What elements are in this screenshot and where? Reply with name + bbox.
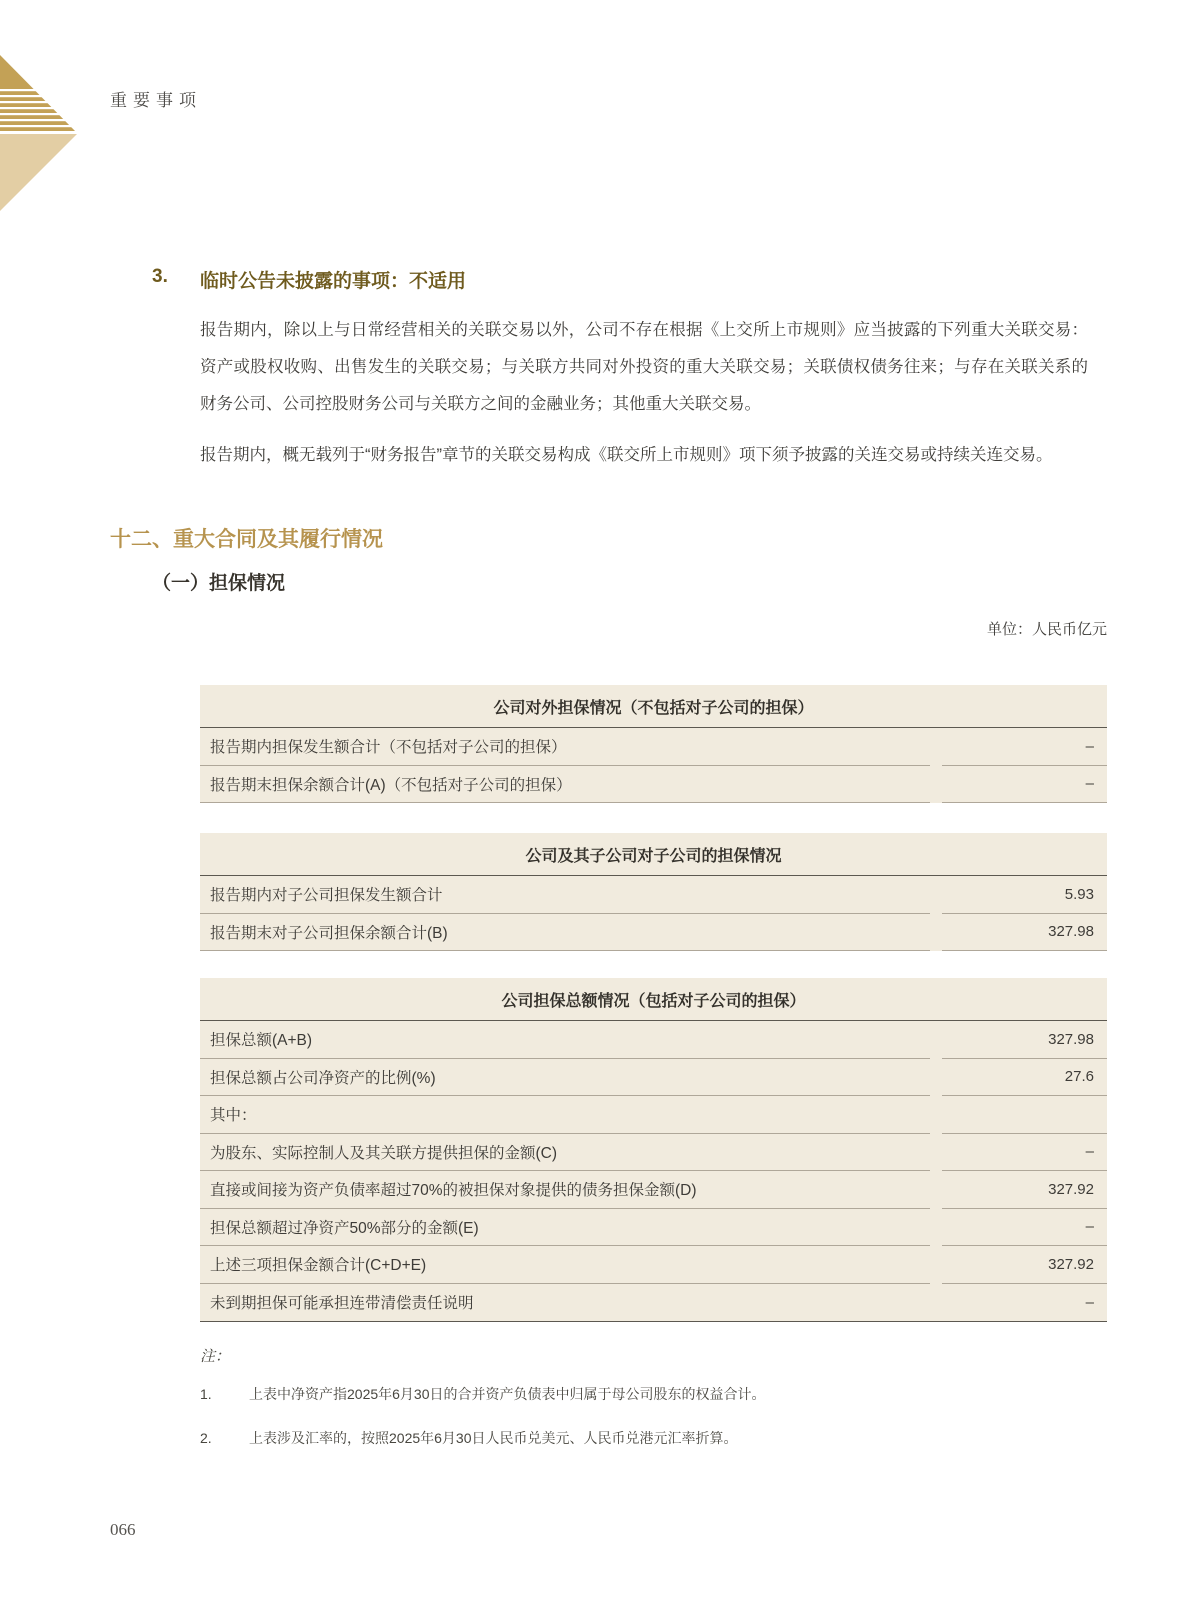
related-transactions-paragraph: 报告期内，除以上与日常经营相关的关联交易以外，公司不存在根据《上交所上市规则》应… [200, 312, 1088, 423]
row-value: 327.98 [942, 1021, 1107, 1059]
total-guarantee-table: 公司担保总额情况（包括对子公司的担保） 担保总额(A+B) 327.98 担保总… [200, 978, 1107, 1322]
row-value: – [942, 1209, 1107, 1247]
triangle-logo-graphic [0, 53, 80, 213]
table-row: 报告期末担保余额合计(A)（不包括对子公司的担保） – [200, 766, 1107, 804]
table-row: 担保总额占公司净资产的比例(%) 27.6 [200, 1059, 1107, 1097]
table-notes: 注： 1. 上表中净资产指2025年6月30日的合并资产负债表中归属于母公司股东… [200, 1345, 1090, 1472]
section-12-subtitle: （一）担保情况 [152, 568, 285, 595]
subsidiary-guarantee-table: 公司及其子公司对子公司的担保情况 报告期内对子公司担保发生额合计 5.93 报告… [200, 833, 1107, 951]
row-value: 5.93 [942, 876, 1107, 914]
column-gap [930, 766, 942, 804]
table-row: 报告期内担保发生额合计（不包括对子公司的担保） – [200, 728, 1107, 766]
row-value: 27.6 [942, 1059, 1107, 1097]
row-value: 327.98 [942, 914, 1107, 952]
note-number: 2. [200, 1428, 249, 1448]
row-label: 报告期末担保余额合计(A)（不包括对子公司的担保） [200, 766, 930, 804]
note-text: 上表涉及汇率的，按照2025年6月30日人民币兑美元、人民币兑港元汇率折算。 [249, 1428, 738, 1448]
note-number: 1. [200, 1384, 249, 1404]
section-3-title: 临时公告未披露的事项：不适用 [200, 266, 466, 293]
note-text: 上表中净资产指2025年6月30日的合并资产负债表中归属于母公司股东的权益合计。 [249, 1384, 766, 1404]
note-item: 2. 上表涉及汇率的，按照2025年6月30日人民币兑美元、人民币兑港元汇率折算… [200, 1428, 1090, 1448]
row-label: 为股东、实际控制人及其关联方提供担保的金额(C) [200, 1134, 930, 1172]
row-label: 担保总额(A+B) [200, 1021, 930, 1059]
column-gap [930, 1021, 942, 1059]
table-header: 公司担保总额情况（包括对子公司的担保） [200, 978, 1107, 1021]
note-item: 1. 上表中净资产指2025年6月30日的合并资产负债表中归属于母公司股东的权益… [200, 1384, 1090, 1404]
table-row: 担保总额(A+B) 327.98 [200, 1021, 1107, 1059]
table-row: 为股东、实际控制人及其关联方提供担保的金额(C) – [200, 1134, 1107, 1172]
column-gap [930, 1096, 942, 1134]
table-header: 公司对外担保情况（不包括对子公司的担保） [200, 685, 1107, 728]
page-number: 066 [110, 1520, 136, 1540]
hkex-rules-paragraph: 报告期内，概无载列于“财务报告”章节的关联交易构成《联交所上市规则》项下须予披露… [200, 437, 1088, 474]
page-header-title: 重要事项 [110, 86, 202, 111]
row-label: 报告期末对子公司担保余额合计(B) [200, 914, 930, 952]
column-gap [930, 914, 942, 952]
column-gap [930, 1134, 942, 1172]
column-gap [930, 1284, 942, 1322]
row-label: 担保总额占公司净资产的比例(%) [200, 1059, 930, 1097]
row-value: 327.92 [942, 1246, 1107, 1284]
row-label: 报告期内对子公司担保发生额合计 [200, 876, 930, 914]
row-label: 报告期内担保发生额合计（不包括对子公司的担保） [200, 728, 930, 766]
column-gap [930, 876, 942, 914]
row-label: 担保总额超过净资产50%部分的金额(E) [200, 1209, 930, 1247]
section-12-title: 十二、重大合同及其履行情况 [110, 523, 383, 553]
table-row: 未到期担保可能承担连带清偿责任说明 – [200, 1284, 1107, 1322]
table-row: 直接或间接为资产负债率超过70%的被担保对象提供的债务担保金额(D) 327.9… [200, 1171, 1107, 1209]
row-label: 未到期担保可能承担连带清偿责任说明 [200, 1284, 930, 1322]
section-3-heading: 3. 临时公告未披露的事项：不适用 [152, 266, 466, 293]
column-gap [930, 728, 942, 766]
column-gap [930, 1246, 942, 1284]
column-gap [930, 1059, 942, 1097]
row-value: – [942, 1284, 1107, 1322]
row-label: 其中： [200, 1096, 930, 1134]
corner-triangle-logo [0, 53, 80, 213]
notes-label: 注： [200, 1345, 1090, 1366]
row-value: 327.92 [942, 1171, 1107, 1209]
section-3-number: 3. [152, 266, 200, 293]
table-header: 公司及其子公司对子公司的担保情况 [200, 833, 1107, 876]
table-row: 报告期末对子公司担保余额合计(B) 327.98 [200, 914, 1107, 952]
row-value: – [942, 728, 1107, 766]
row-label: 直接或间接为资产负债率超过70%的被担保对象提供的债务担保金额(D) [200, 1171, 930, 1209]
table-row: 上述三项担保金额合计(C+D+E) 327.92 [200, 1246, 1107, 1284]
column-gap [930, 1171, 942, 1209]
table-row: 其中： [200, 1096, 1107, 1134]
row-value: – [942, 766, 1107, 804]
column-gap [930, 1209, 942, 1247]
row-value [942, 1096, 1107, 1134]
row-label: 上述三项担保金额合计(C+D+E) [200, 1246, 930, 1284]
table-row: 担保总额超过净资产50%部分的金额(E) – [200, 1209, 1107, 1247]
row-value: – [942, 1134, 1107, 1172]
external-guarantee-table: 公司对外担保情况（不包括对子公司的担保） 报告期内担保发生额合计（不包括对子公司… [200, 685, 1107, 803]
table-row: 报告期内对子公司担保发生额合计 5.93 [200, 876, 1107, 914]
unit-label: 单位：人民币亿元 [987, 618, 1107, 639]
